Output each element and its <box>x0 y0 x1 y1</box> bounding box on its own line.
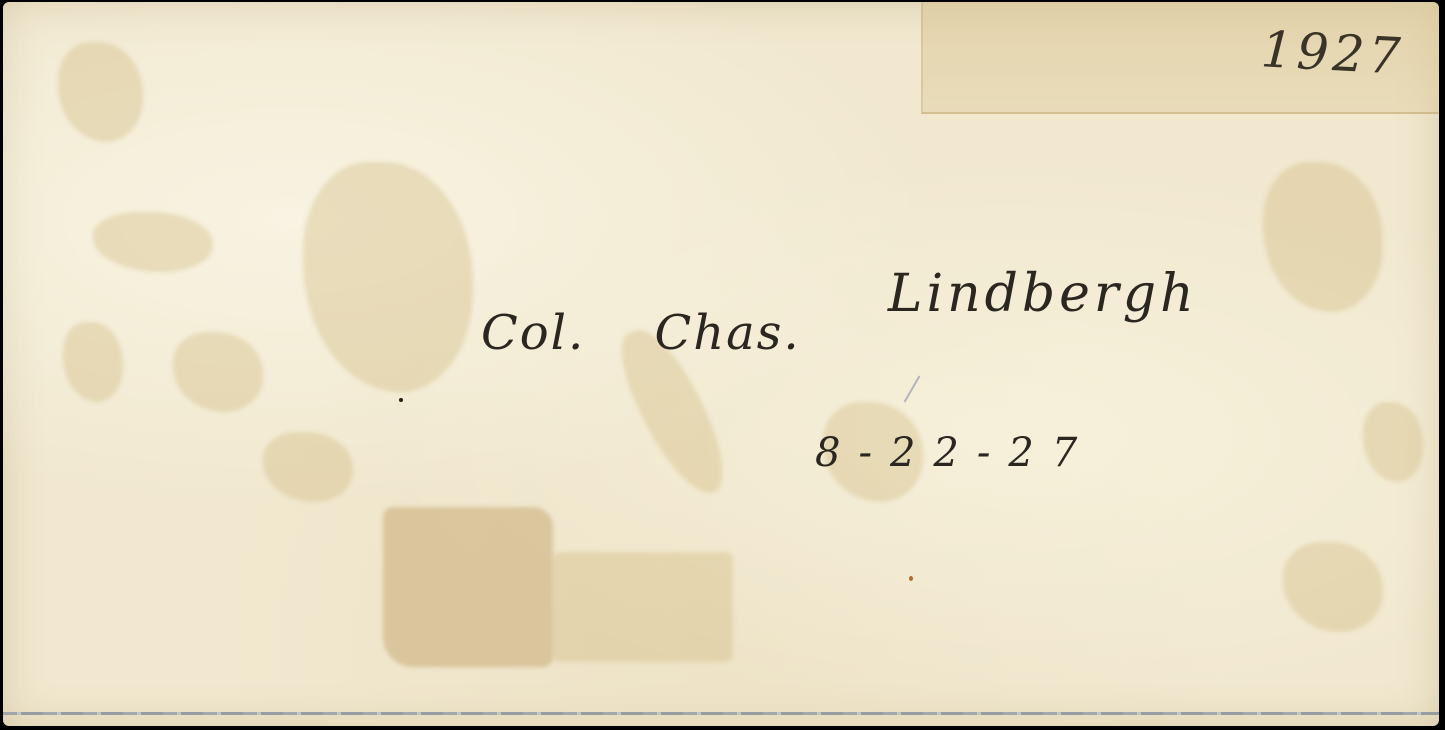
addressee: Col. Chas. Lindbergh <box>481 302 1198 362</box>
water-stain <box>553 552 733 662</box>
addressee-last-name: Lindbergh <box>888 264 1198 324</box>
addressee-first-name: Chas. <box>655 305 801 361</box>
envelope: 1927 Col. Chas. Lindbergh 8-22-27 <box>3 2 1439 726</box>
rust-speck <box>909 576 913 581</box>
ink-speck <box>399 398 403 402</box>
addressee-title: Col. <box>481 305 585 361</box>
year-annotation: 1927 <box>1260 20 1406 85</box>
water-stain <box>383 507 553 667</box>
handwritten-date: 8-22-27 <box>815 430 1095 476</box>
bottom-ruled-line <box>3 712 1439 715</box>
